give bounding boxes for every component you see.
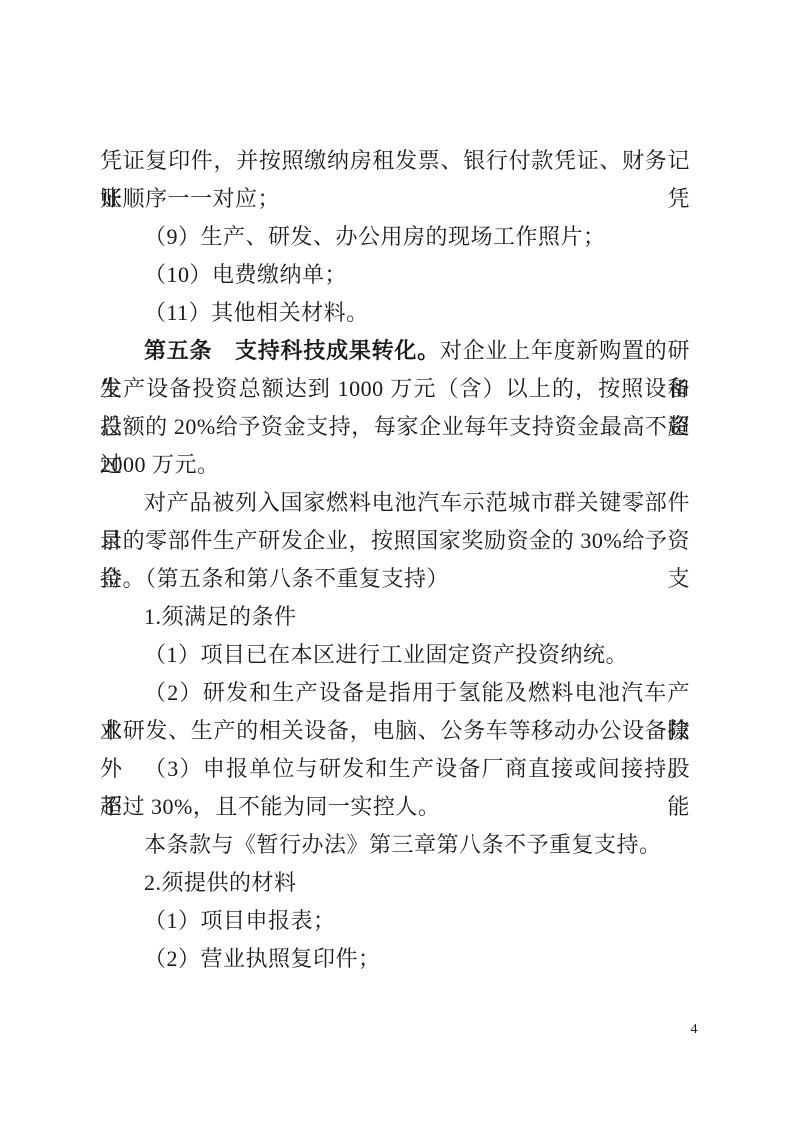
text-line: 本条款与《暂行办法》第三章第八条不予重复支持。 <box>100 826 690 864</box>
document-body: 凭证复印件，并按照缴纳房租发票、银行付款凭证、财务记账凭 证顺序一一对应； （9… <box>100 142 690 978</box>
list-item: （11）其他相关材料。 <box>100 294 690 332</box>
text-line: 总额的 20%给予资金支持，每家企业每年支持资金最高不超过 <box>100 408 690 446</box>
list-item: （9）生产、研发、办公用房的现场工作照片； <box>100 218 690 256</box>
page-number: 4 <box>680 1020 708 1040</box>
list-item: （3）申报单位与研发和生产设备厂商直接或间接持股不能 <box>100 750 690 788</box>
list-item: （10）电费缴纳单； <box>100 256 690 294</box>
list-item: （1）项目已在本区进行工业固定资产投资纳统。 <box>100 636 690 674</box>
text-line: 生产设备投资总额达到 1000 万元（含）以上的，按照设备投资 <box>100 370 690 408</box>
list-item: （1）项目申报表； <box>100 902 690 940</box>
section-2-label: 2.须提供的材料 <box>100 864 690 902</box>
text-line: 2000 万元。 <box>100 446 690 484</box>
text-line: 录的零部件生产研发企业，按照国家奖励资金的 30%给予资金支 <box>100 522 690 560</box>
section-1-label: 1.须满足的条件 <box>100 598 690 636</box>
list-item: （2）营业执照复印件； <box>100 940 690 978</box>
article-5-heading: 第五条 支持科技成果转化。 <box>144 338 440 363</box>
list-item: （2）研发和生产设备是指用于氢能及燃料电池汽车产业技 <box>100 674 690 712</box>
text-line: 凭证复印件，并按照缴纳房租发票、银行付款凭证、财务记账凭 <box>100 142 690 180</box>
document-page: 凭证复印件，并按照缴纳房租发票、银行付款凭证、财务记账凭 证顺序一一对应； （9… <box>0 0 794 1123</box>
article-5-heading-line: 第五条 支持科技成果转化。对企业上年度新购置的研发和 <box>100 332 690 370</box>
text-line: 术研发、生产的相关设备，电脑、公务车等移动办公设备除外。 <box>100 712 690 750</box>
text-line: 对产品被列入国家燃料电池汽车示范城市群关键零部件目 <box>100 484 690 522</box>
